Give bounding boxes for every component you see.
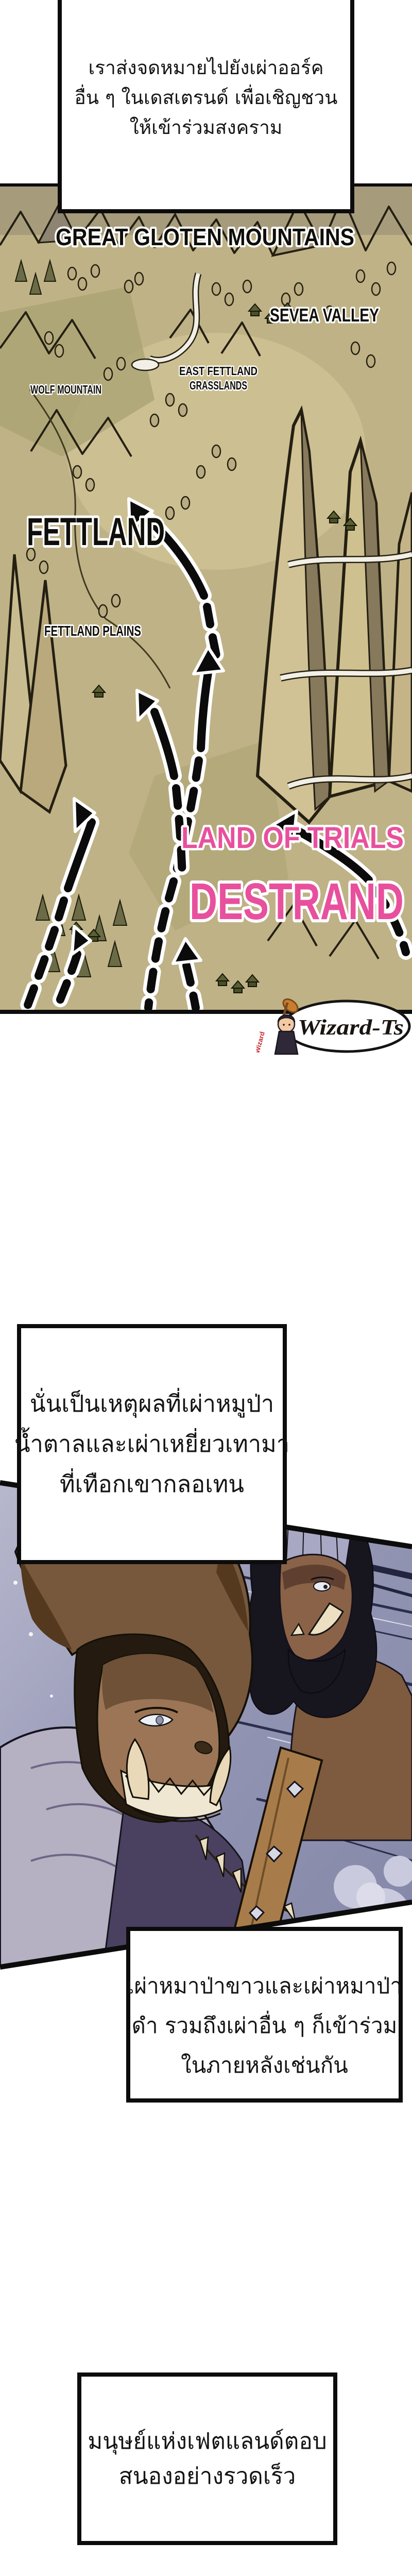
wizard-mascot-icon: Wizard	[256, 996, 300, 1054]
narration-line: เราส่งจดหมายไปยังเผ่าออร์ค	[89, 53, 324, 83]
narration-line: ดำ รวมถึงเผ่าอื่น ๆ ก็เข้าร่วม	[132, 2006, 398, 2045]
map-label-east-fettland: EAST FETTLAND	[179, 364, 257, 378]
narration-line: ในภายหลังเช่นกัน	[181, 2045, 348, 2085]
narration-line: ให้เข้าร่วมสงคราม	[130, 113, 283, 143]
narration-line: น้ำตาลและเผ่าเหยี่ยวเทามา	[14, 1424, 289, 1464]
map-label-wolf-mountain: WOLF MOUNTAIN	[30, 383, 101, 396]
watermark-name: Wizard-Ts	[298, 1016, 404, 1040]
map-label-land-of-trials: LAND OF TRIALS	[181, 821, 404, 855]
narration-line: ที่เทือกเขากลอเทน	[60, 1464, 244, 1504]
map-label-fettland-plains: FETTLAND PLAINS	[44, 623, 141, 639]
narration-box-3: เผ่าหมาป่าขาวและเผ่าหมาป่า ดำ รวมถึงเผ่า…	[126, 1927, 403, 2103]
narration-line: มนุษย์แห่งเฟตแลนด์ตอบ	[88, 2424, 327, 2459]
map-label-great-gloten-mountains: GREAT GLOTEN MOUNTAINS	[56, 224, 354, 250]
narration-line: สนองอย่างรวดเร็ว	[119, 2459, 296, 2494]
map-label-destrand: DESTRAND	[190, 873, 404, 930]
narration-box-4: มนุษย์แห่งเฟตแลนด์ตอบ สนองอย่างรวดเร็ว	[77, 2372, 337, 2545]
narration-line: นั่นเป็นเหตุผลที่เผ่าหมูป่า	[30, 1384, 274, 1424]
wizard-ts-logo-icon: Wizard-Ts Wizard	[256, 993, 411, 1061]
map-label-sevea-valley: SEVEA VALLEY	[270, 304, 379, 326]
map-art: GREAT GLOTEN MOUNTAINS SEVEA VALLEY WOLF…	[0, 183, 412, 1014]
map-label-grasslands: GRASSLANDS	[190, 379, 247, 392]
mascot-red-text: Wizard	[256, 1031, 266, 1054]
watermark-logo: Wizard-Ts Wizard	[256, 993, 411, 1061]
webtoon-page: GREAT GLOTEN MOUNTAINS SEVEA VALLEY WOLF…	[0, 0, 412, 2576]
narration-line: เผ่าหมาป่าขาวและเผ่าหมาป่า	[127, 1966, 402, 2006]
narration-box-2: นั่นเป็นเหตุผลที่เผ่าหมูป่า น้ำตาลและเผ่…	[17, 1324, 287, 1564]
map-panel: GREAT GLOTEN MOUNTAINS SEVEA VALLEY WOLF…	[0, 183, 412, 1014]
narration-box-1: เราส่งจดหมายไปยังเผ่าออร์ค อื่น ๆ ในเดสเ…	[58, 0, 354, 213]
narration-line: อื่น ๆ ในเดสเตรนด์ เพื่อเชิญชวน	[75, 83, 338, 113]
map-label-fettland: FETTLAND	[27, 510, 165, 554]
